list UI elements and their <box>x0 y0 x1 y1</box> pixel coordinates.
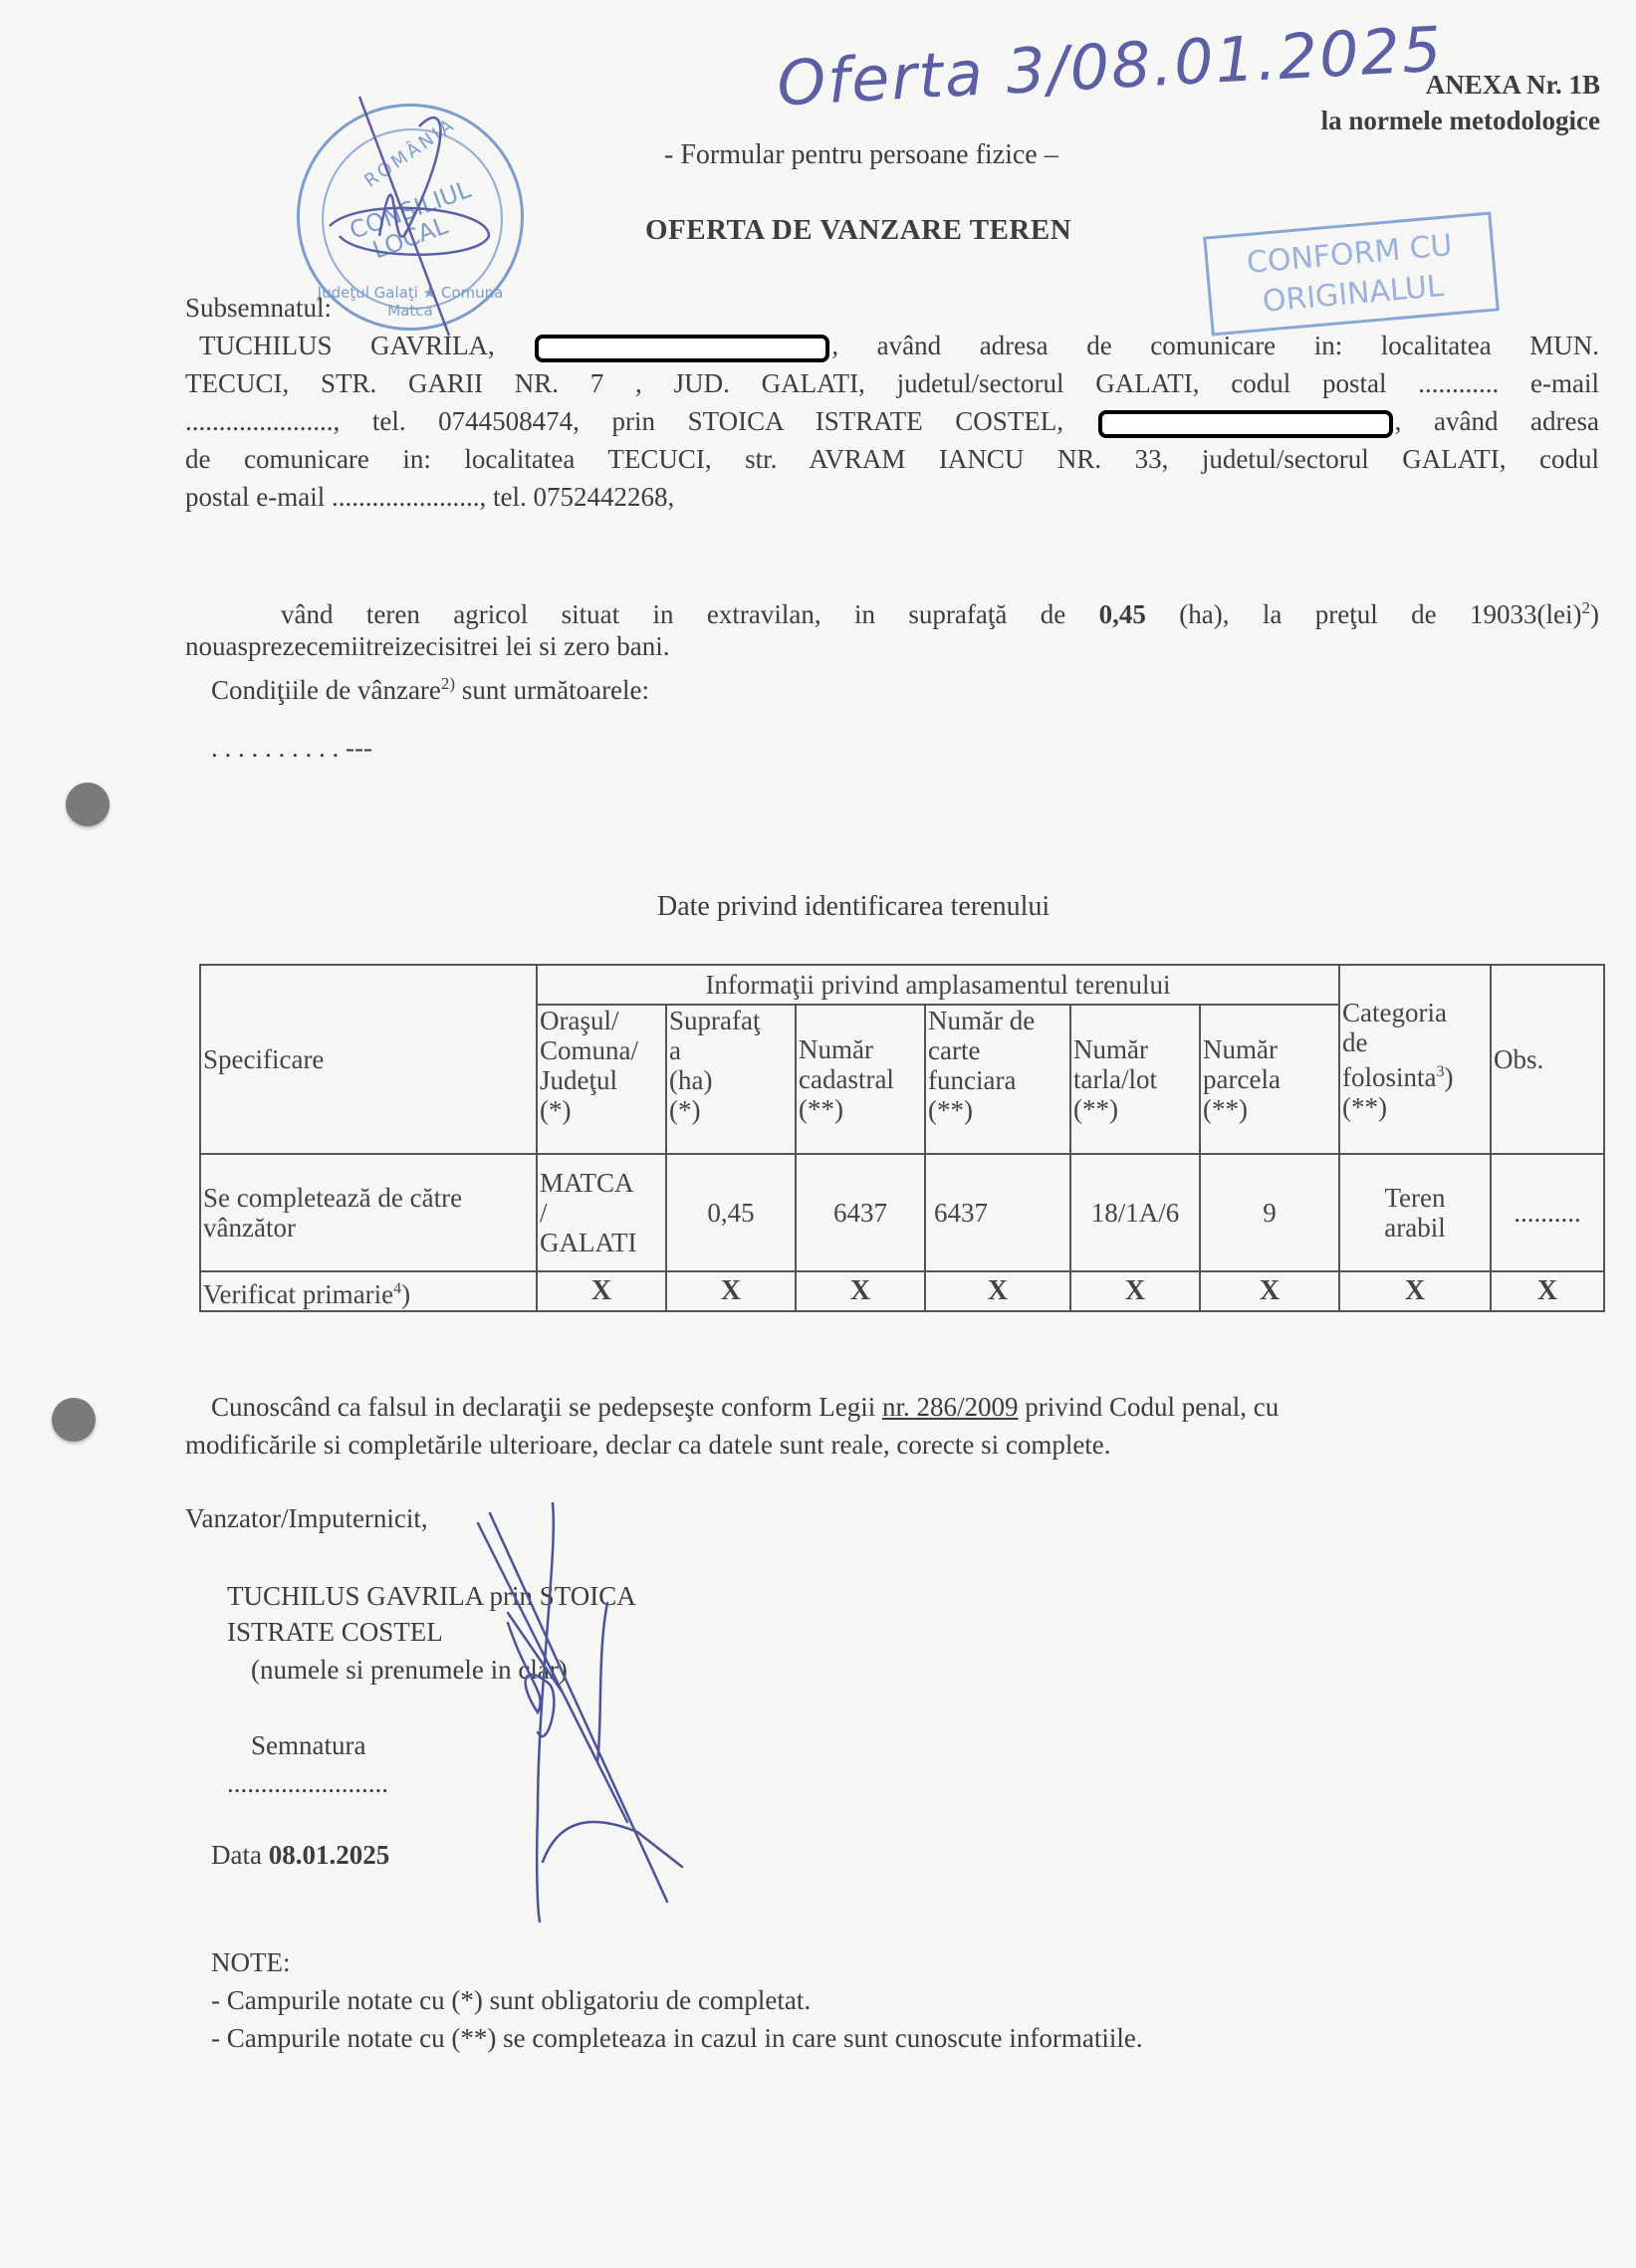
verified-mark: X <box>666 1271 796 1311</box>
subsemnatul-label: Subsemnatul: <box>185 289 332 327</box>
header-obs: Obs. <box>1491 965 1604 1154</box>
seller-line-1: TUCHILUS GAVRILA, , având adresa de comu… <box>185 327 1599 364</box>
sale-conditions-label: Condiţiile de vânzare2) sunt următoarele… <box>211 665 649 709</box>
cell-categoria: Terenarabil <box>1339 1154 1491 1271</box>
header-oras: Oraşul/Comuna/Judeţul(*) <box>537 1005 666 1154</box>
cell-carte-funciara: 6437 <box>925 1154 1070 1271</box>
form-subtitle: - Formular pentru persoane fizice – <box>0 139 1636 171</box>
redacted-id-box <box>535 335 829 362</box>
verified-mark: X <box>1491 1271 1604 1311</box>
signer-name-line1: TUCHILUS GAVRILA prin STOICA <box>227 1577 636 1615</box>
cell-obs: .......... <box>1491 1154 1604 1271</box>
redacted-proxy-id-box <box>1098 410 1393 438</box>
signature-line: ........................ <box>227 1764 388 1802</box>
header-suprafata: Suprafaţa(ha)(*) <box>666 1005 796 1154</box>
offer-area-value: 0,45 <box>1099 599 1146 629</box>
note-item: - Campurile notate cu (*) sunt obligator… <box>211 1985 811 2016</box>
offer-price-text: (ha), la preţul de 19033(lei)2) <box>1179 599 1599 629</box>
law-reference-link[interactable]: nr. 286/2009 <box>882 1392 1019 1422</box>
verified-mark: X <box>1070 1271 1200 1311</box>
table-caption: Date privind identificarea terenului <box>657 891 1050 923</box>
seller-phone-proxy: ......................, tel. 0744508474,… <box>185 406 1063 436</box>
declaration-line-1: Cunoscând ca falsul in declaraţii se ped… <box>211 1388 1279 1426</box>
verified-mark: X <box>796 1271 925 1311</box>
seller-role-label: Vanzator/Imputernicit, <box>185 1499 428 1537</box>
cell-tarla: 18/1A/6 <box>1070 1154 1200 1271</box>
land-identification-table: Specificare Informaţii privind amplasame… <box>199 964 1605 1312</box>
proxy-address-intro: , având adresa <box>1395 406 1599 436</box>
handwritten-offer-reference: Oferta 3/08.01.2025 <box>776 13 1446 120</box>
seller-line-2: TECUCI, STR. GARII NR. 7 , JUD. GALATI, … <box>185 364 1599 402</box>
header-categoria: Categoria de folosinta3) (**) <box>1339 965 1491 1154</box>
stamp-signature-scribble-icon <box>300 87 527 345</box>
header-carte-funciara: Număr decartefunciara(**) <box>925 1005 1070 1154</box>
declaration-line-2: modificările si completările ulterioare,… <box>185 1426 1111 1464</box>
signer-name-hint: (numele si prenumele in clar) <box>251 1651 568 1689</box>
note-item: - Campurile notate cu (**) se completeaz… <box>211 2023 1143 2054</box>
verified-row-label: Verificat primarie4) <box>200 1271 537 1311</box>
header-tarla: Numărtarla/lot(**) <box>1070 1005 1200 1154</box>
header-group-location: Informaţii privind amplasamentul terenul… <box>537 965 1339 1005</box>
table-row-seller: Se completează de cătrevânzător MATCA/GA… <box>200 1154 1604 1271</box>
cell-parcela: 9 <box>1200 1154 1339 1271</box>
verified-mark: X <box>1339 1271 1491 1311</box>
certified-copy-stamp: CONFORM CU ORIGINALUL <box>1203 212 1500 337</box>
header-specificare: Specificare <box>200 965 537 1154</box>
verified-mark: X <box>925 1271 1070 1311</box>
seller-row-label: Se completează de cătrevânzător <box>200 1154 537 1271</box>
seller-line-4: de comunicare in: localitatea TECUCI, st… <box>185 440 1599 478</box>
document-title: OFERTA DE VANZARE TEREN <box>645 214 1071 247</box>
header-cadastral: Numărcadastral(**) <box>796 1005 925 1154</box>
signer-name-line2: ISTRATE COSTEL <box>227 1613 443 1651</box>
signature-label: Semnatura <box>251 1726 365 1764</box>
date-field: Data 08.01.2025 <box>211 1836 389 1874</box>
handwritten-signature-icon <box>438 1493 697 1931</box>
header-parcela: Numărparcela(**) <box>1200 1005 1339 1154</box>
annex-subtitle: la normele metodologice <box>1321 106 1600 136</box>
seller-line-5: postal e-mail ......................, te… <box>185 478 1599 516</box>
punch-hole-bottom <box>52 1398 96 1442</box>
cell-oras: MATCA/GALATI <box>537 1154 666 1271</box>
notes-title: NOTE: <box>211 1947 290 1978</box>
seller-line-3: ......................, tel. 0744508474,… <box>185 402 1599 440</box>
verified-mark: X <box>1200 1271 1339 1311</box>
cell-cadastral: 6437 <box>796 1154 925 1271</box>
seller-name: TUCHILUS GAVRILA, <box>199 331 495 360</box>
punch-hole-top <box>66 783 110 826</box>
cell-suprafata: 0,45 <box>666 1154 796 1271</box>
verified-mark: X <box>537 1271 666 1311</box>
date-value: 08.01.2025 <box>269 1840 390 1870</box>
annex-title: ANEXA Nr. 1B <box>1426 70 1600 101</box>
seller-address-intro: , având adresa de comunicare in: localit… <box>831 331 1599 360</box>
sale-conditions-value: . . . . . . . . . . --- <box>211 729 372 767</box>
offer-text-a: vând teren agricol situat in extravilan,… <box>281 599 1065 629</box>
table-row-verified: Verificat primarie4) X X X X X X X X <box>200 1271 1604 1311</box>
offer-price-words: nouasprezecemiitreizecisitrei lei si zer… <box>185 627 670 665</box>
